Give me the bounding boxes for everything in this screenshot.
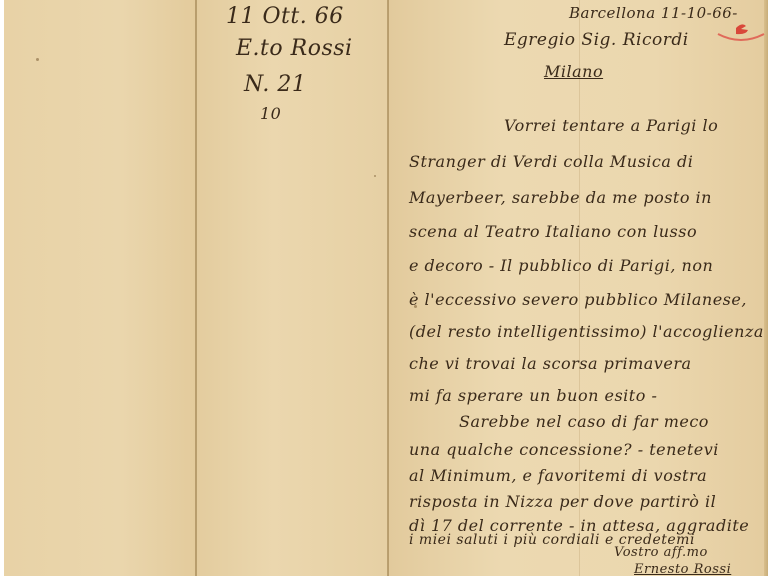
body-line: che vi trovai la scorsa primavera — [409, 354, 692, 373]
body-line: al Minimum, e favoritemi di vostra — [409, 466, 707, 485]
body-line: e decoro - Il pubblico di Parigi, non — [409, 256, 713, 275]
letter-dateline: Barcellona 11-10-66- — [569, 4, 738, 22]
paper-spot — [374, 175, 376, 177]
body-line: risposta in Nizza per dove partirò il — [409, 492, 716, 511]
fold-crease — [195, 0, 197, 576]
signature: Ernesto Rossi — [634, 562, 731, 577]
body-line: Stranger di Verdi colla Musica di — [409, 152, 693, 171]
body-line: scena al Teatro Italiano con lusso — [409, 222, 697, 241]
fold-crease — [579, 0, 580, 576]
body-line: mi fa sperare un buon esito - — [409, 386, 657, 405]
letter-sheet: 11 Ott. 66 E.to Rossi N. 21 10 Barcellon… — [4, 0, 768, 576]
fold-crease — [387, 0, 389, 576]
body-line: Sarebbe nel caso di far meco — [459, 412, 709, 431]
letter-salutation: Egregio Sig. Ricordi — [504, 30, 689, 50]
left-fold-panel — [4, 0, 196, 576]
docket-sender: E.to Rossi — [236, 36, 353, 61]
red-archive-mark-icon — [716, 20, 766, 46]
docket-number: N. 21 — [244, 72, 306, 97]
docket-date: 11 Ott. 66 — [226, 4, 344, 29]
letter-panel — [388, 0, 768, 576]
closing-line: Vostro aff.mo — [614, 545, 708, 560]
letter-city: Milano — [544, 62, 603, 81]
body-line: (del resto intelligentissimo) l'accoglie… — [409, 322, 764, 341]
body-line: Mayerbeer, sarebbe da me posto in — [409, 188, 712, 207]
docket-subnumber: 10 — [260, 104, 281, 123]
paper-edge — [764, 0, 768, 576]
body-line: una qualche concessione? - tenetevi — [409, 440, 719, 459]
paper-spot — [36, 58, 39, 61]
body-line: è l'eccessivo severo pubblico Milanese, — [409, 290, 747, 309]
body-line: Vorrei tentare a Parigi lo — [504, 116, 718, 135]
